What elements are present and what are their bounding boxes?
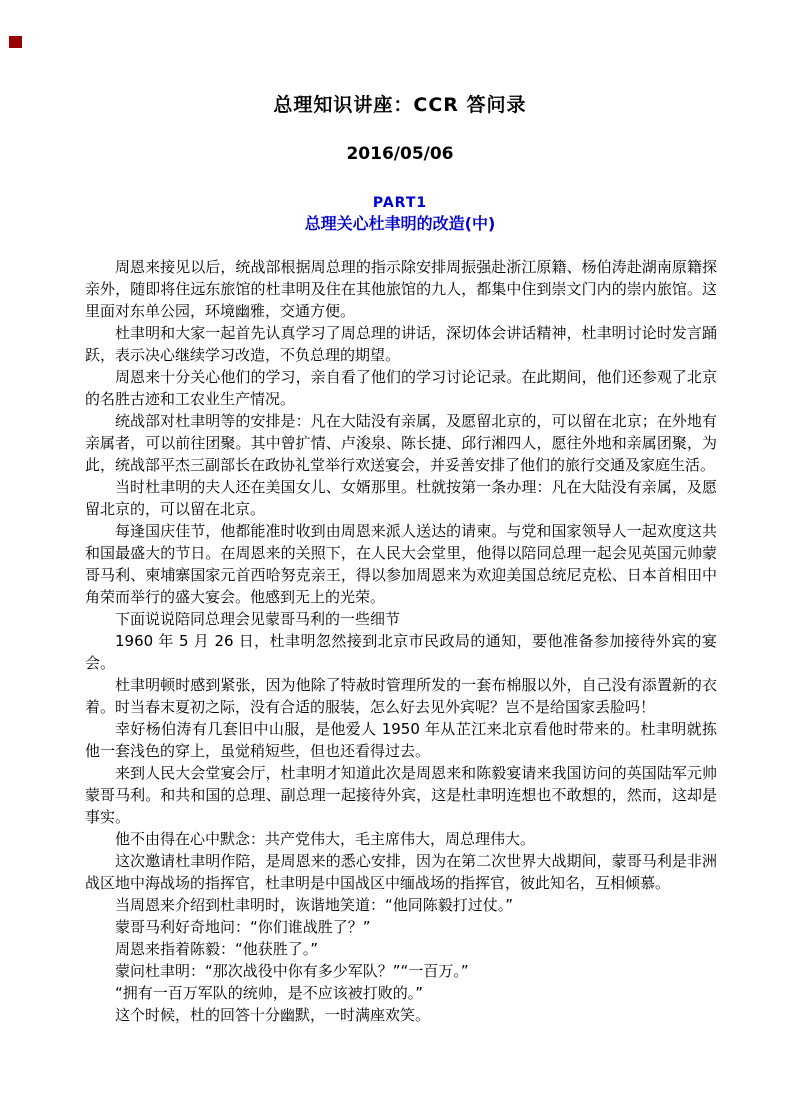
paragraph: 这个时候，杜的回答十分幽默，一时满座欢笑。 (85, 1004, 717, 1026)
document-page: 总理知识讲座：CCR 答问录 2016/05/06 PART1 总理关心杜聿明的… (0, 0, 800, 1100)
document-date: 2016/05/06 (0, 143, 800, 165)
paragraph: 统战部对杜聿明等的安排是：凡在大陆没有亲属，及愿留北京的，可以留在北京；在外地有… (85, 410, 717, 476)
paragraph: 每逢国庆佳节，他都能准时收到由周恩来派人送达的请柬。与党和国家领导人一起欢度这共… (85, 520, 717, 608)
paragraph: 杜聿明和大家一起首先认真学习了周总理的讲话，深切体会讲话精神，杜聿明讨论时发言踊… (85, 322, 717, 366)
paragraph: 周恩来接见以后，统战部根据周总理的指示除安排周振强赴浙江原籍、杨伯涛赴湖南原籍探… (85, 256, 717, 322)
section-title: 总理关心杜聿明的改造(中) (0, 214, 800, 234)
paragraph: 杜聿明顿时感到紧张，因为他除了特赦时管理所发的一套布棉服以外，自己没有添置新的衣… (85, 674, 717, 718)
document-title: 总理知识讲座：CCR 答问录 (0, 93, 800, 117)
paragraph: 这次邀请杜聿明作陪，是周恩来的悉心安排，因为在第二次世界大战期间，蒙哥马利是非洲… (85, 850, 717, 894)
paragraph: 1960 年 5 月 26 日，杜聿明忽然接到北京市民政局的通知，要他准备参加接… (85, 630, 717, 674)
paragraph: 下面说说陪同总理会见蒙哥马利的一些细节 (85, 608, 717, 630)
document-body: 周恩来接见以后，统战部根据周总理的指示除安排周振强赴浙江原籍、杨伯涛赴湖南原籍探… (85, 256, 717, 1026)
paragraph: 当时杜聿明的夫人还在美国女儿、女婿那里。杜就按第一条办理：凡在大陆没有亲属，及愿… (85, 476, 717, 520)
paragraph: “拥有一百万军队的统帅，是不应该被打败的。” (85, 982, 717, 1004)
paragraph: 周恩来指着陈毅：“他获胜了。” (85, 938, 717, 960)
paragraph: 蒙问杜聿明：“那次战役中你有多少军队？”“一百万。” (85, 960, 717, 982)
paragraph: 当周恩来介绍到杜聿明时，诙谐地笑道：“他同陈毅打过仗。” (85, 894, 717, 916)
paragraph: 他不由得在心中默念：共产党伟大，毛主席伟大，周总理伟大。 (85, 828, 717, 850)
paragraph: 来到人民大会堂宴会厅，杜聿明才知道此次是周恩来和陈毅宴请来我国访问的英国陆军元帅… (85, 762, 717, 828)
paragraph: 蒙哥马利好奇地问：“你们谁战胜了？” (85, 916, 717, 938)
red-square-marker (9, 36, 22, 48)
paragraph: 幸好杨伯涛有几套旧中山服，是他爱人 1950 年从芷江来北京看他时带来的。杜聿明… (85, 718, 717, 762)
paragraph: 周恩来十分关心他们的学习，亲自看了他们的学习讨论记录。在此期间，他们还参观了北京… (85, 366, 717, 410)
part-label: PART1 (0, 196, 800, 211)
